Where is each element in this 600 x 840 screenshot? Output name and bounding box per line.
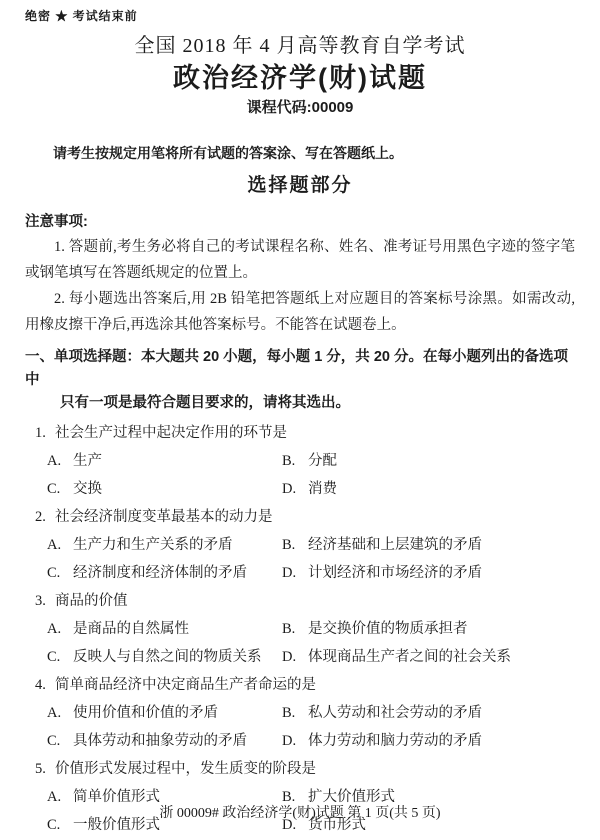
question-options: A.是商品的自然属性 B.是交换价值的物质承担者 C.反映人与自然之间的物质关系…	[25, 615, 575, 671]
option-label: D.	[282, 559, 308, 587]
option-text: 经济制度和经济体制的矛盾	[73, 565, 247, 581]
question-2: 2.社会经济制度变革最基本的动力是 A.生产力和生产关系的矛盾 B.经济基础和上…	[25, 503, 575, 587]
option-text: 私人劳动和社会劳动的矛盾	[308, 705, 482, 721]
question-text: 社会经济制度变革最基本的动力是	[55, 509, 273, 525]
option-b: B.分配	[282, 447, 575, 475]
classification-label: 绝密 ★ 考试结束前	[25, 8, 575, 24]
question-options: A.生产力和生产关系的矛盾 B.经济基础和上层建筑的矛盾 C.经济制度和经济体制…	[25, 531, 575, 587]
question-number: 4.	[35, 671, 55, 699]
question-text: 商品的价值	[55, 593, 128, 609]
option-text: 生产	[73, 453, 102, 469]
note-item-1: 1. 答题前,考生务必将自己的考试课程名称、姓名、准考证号用黑色字迹的签字笔或钢…	[25, 234, 575, 286]
option-d: D.体力劳动和脑力劳动的矛盾	[282, 727, 575, 755]
question-number: 1.	[35, 419, 55, 447]
option-text: 交换	[73, 481, 102, 497]
option-a: A.生产	[47, 447, 282, 475]
question-stem: 2.社会经济制度变革最基本的动力是	[25, 503, 575, 531]
option-text: 扩大价值形式	[308, 789, 395, 805]
option-text: 消费	[308, 481, 337, 497]
option-b: B.私人劳动和社会劳动的矛盾	[282, 699, 575, 727]
option-text: 分配	[308, 453, 337, 469]
question-5: 5.价值形式发展过程中，发生质变的阶段是 A.简单价值形式 B.扩大价值形式 C…	[25, 755, 575, 839]
question-text: 价值形式发展过程中，发生质变的阶段是	[55, 761, 316, 777]
option-d: D.体现商品生产者之间的社会关系	[282, 643, 575, 671]
section-title: 选择题部分	[25, 172, 575, 200]
option-label: D.	[282, 643, 308, 671]
option-c: C.交换	[47, 475, 282, 503]
option-text: 简单价值形式	[73, 789, 160, 805]
option-c: C.具体劳动和抽象劳动的矛盾	[47, 727, 282, 755]
question-number: 5.	[35, 755, 55, 783]
exam-paper-title: 政治经济学(财)试题	[25, 60, 575, 96]
option-label: D.	[282, 727, 308, 755]
option-d: D.计划经济和市场经济的矛盾	[282, 559, 575, 587]
option-text: 计划经济和市场经济的矛盾	[308, 565, 482, 581]
exam-page: 绝密 ★ 考试结束前 全国 2018 年 4 月高等教育自学考试 政治经济学(财…	[0, 0, 600, 840]
option-label: C.	[47, 643, 73, 671]
option-label: D.	[282, 475, 308, 503]
course-code: 课程代码:00009	[25, 96, 575, 120]
option-label: A.	[47, 531, 73, 559]
part-one-heading-line1: 一、单项选择题：本大题共 20 小题，每小题 1 分，共 20 分。在每小题列出…	[25, 349, 568, 388]
note-item-2: 2. 每小题选出答案后,用 2B 铅笔把答题纸上对应题目的答案标号涂黑。如需改动…	[25, 286, 575, 338]
option-label: B.	[282, 699, 308, 727]
question-number: 2.	[35, 503, 55, 531]
option-text: 体现商品生产者之间的社会关系	[308, 649, 511, 665]
page-footer: 浙 00009# 政治经济学(财)试题 第 1 页(共 5 页)	[0, 804, 600, 824]
option-text: 使用价值和价值的矛盾	[73, 705, 218, 721]
answer-instruction: 请考生按规定用笔将所有试题的答案涂、写在答题纸上。	[25, 142, 575, 164]
question-text: 简单商品经济中决定商品生产者命运的是	[55, 677, 316, 693]
option-label: C.	[47, 559, 73, 587]
question-number: 3.	[35, 587, 55, 615]
question-stem: 3.商品的价值	[25, 587, 575, 615]
question-text: 社会生产过程中起决定作用的环节是	[55, 425, 287, 441]
option-text: 具体劳动和抽象劳动的矛盾	[73, 733, 247, 749]
question-options: A.生产 B.分配 C.交换 D.消费	[25, 447, 575, 503]
option-a: A.是商品的自然属性	[47, 615, 282, 643]
option-c: C.经济制度和经济体制的矛盾	[47, 559, 282, 587]
option-label: A.	[47, 447, 73, 475]
option-text: 是交换价值的物质承担者	[308, 621, 468, 637]
option-text: 体力劳动和脑力劳动的矛盾	[308, 733, 482, 749]
question-list: 1.社会生产过程中起决定作用的环节是 A.生产 B.分配 C.交换 D.消费 2…	[25, 419, 575, 839]
option-text: 经济基础和上层建筑的矛盾	[308, 537, 482, 553]
option-label: A.	[47, 615, 73, 643]
question-stem: 5.价值形式发展过程中，发生质变的阶段是	[25, 755, 575, 783]
option-b: B.是交换价值的物质承担者	[282, 615, 575, 643]
question-stem: 4.简单商品经济中决定商品生产者命运的是	[25, 671, 575, 699]
notes-title: 注意事项:	[25, 210, 575, 234]
part-one-heading: 一、单项选择题：本大题共 20 小题，每小题 1 分，共 20 分。在每小题列出…	[25, 346, 575, 415]
option-label: B.	[282, 615, 308, 643]
question-1: 1.社会生产过程中起决定作用的环节是 A.生产 B.分配 C.交换 D.消费	[25, 419, 575, 503]
option-d: D.消费	[282, 475, 575, 503]
option-text: 反映人与自然之间的物质关系	[73, 649, 262, 665]
question-3: 3.商品的价值 A.是商品的自然属性 B.是交换价值的物质承担者 C.反映人与自…	[25, 587, 575, 671]
option-a: A.生产力和生产关系的矛盾	[47, 531, 282, 559]
option-label: B.	[282, 531, 308, 559]
option-label: C.	[47, 727, 73, 755]
option-b: B.经济基础和上层建筑的矛盾	[282, 531, 575, 559]
option-c: C.反映人与自然之间的物质关系	[47, 643, 282, 671]
question-options: A.使用价值和价值的矛盾 B.私人劳动和社会劳动的矛盾 C.具体劳动和抽象劳动的…	[25, 699, 575, 755]
option-a: A.使用价值和价值的矛盾	[47, 699, 282, 727]
option-text: 生产力和生产关系的矛盾	[73, 537, 233, 553]
option-label: A.	[47, 699, 73, 727]
question-4: 4.简单商品经济中决定商品生产者命运的是 A.使用价值和价值的矛盾 B.私人劳动…	[25, 671, 575, 755]
question-stem: 1.社会生产过程中起决定作用的环节是	[25, 419, 575, 447]
option-text: 是商品的自然属性	[73, 621, 189, 637]
part-one-heading-line2: 只有一项是最符合题目要求的，请将其选出。	[25, 395, 350, 411]
option-label: C.	[47, 475, 73, 503]
option-label: B.	[282, 447, 308, 475]
exam-session-title: 全国 2018 年 4 月高等教育自学考试	[25, 32, 575, 60]
